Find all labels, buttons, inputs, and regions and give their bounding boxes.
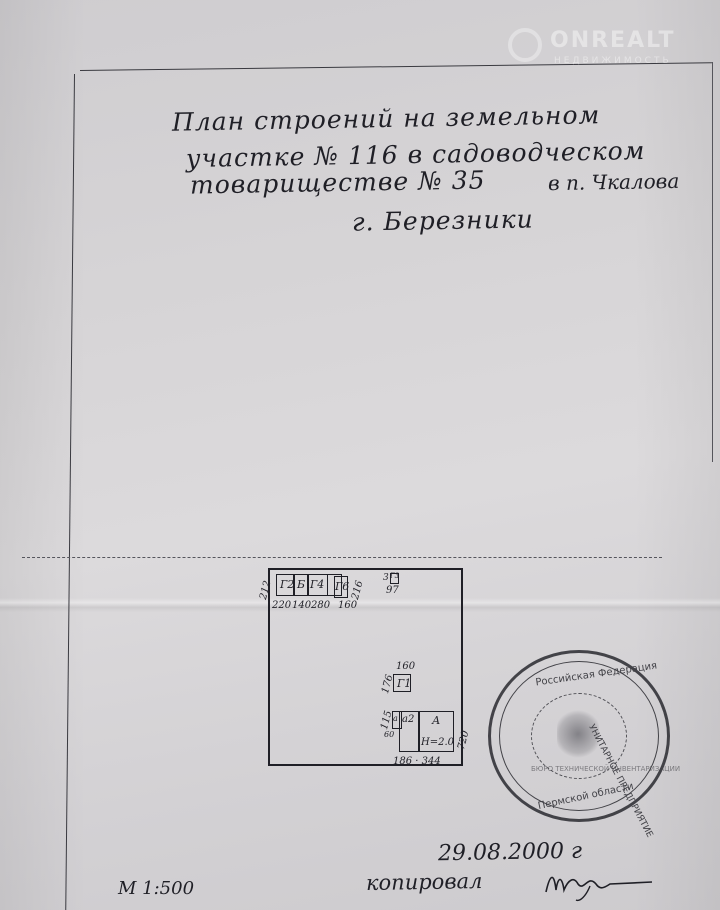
house-side-bottom-label: 60 — [384, 730, 394, 739]
signature-scribble — [540, 862, 660, 902]
cell-label-g2: Г2 — [280, 578, 294, 591]
cell-label-g1: Г1 — [397, 677, 411, 690]
boundary-dashed-line — [22, 557, 662, 558]
official-stamp: Российская Федерация УНИТАРНОЕ ПРЕДПРИЯТ… — [488, 650, 670, 822]
width-label-3: 280 — [311, 600, 330, 611]
title-line-4: г. Березники — [352, 204, 534, 236]
width-label-4: 160 — [338, 600, 357, 611]
g3-width-label: 97 — [386, 585, 399, 596]
g1-width-label: 160 — [396, 661, 415, 672]
width-label-1: 220 — [272, 600, 291, 611]
g3-height-label: 3 — [383, 573, 389, 583]
house-logo-icon — [508, 28, 542, 62]
cell-label-g3: Г3 — [390, 572, 399, 580]
house-bottom-dims: 186 · 344 — [393, 756, 441, 767]
stamp-text-inner: БЮРО ТЕХНИЧЕСКОЙ ИНВЕНТАРИЗАЦИИ — [531, 765, 680, 773]
cell-label-g6: Г6 — [335, 580, 349, 593]
title-suffix: в п. Чкалова — [548, 169, 680, 195]
house-label-a: А — [432, 714, 440, 727]
scale-label: М 1:500 — [118, 878, 194, 899]
title-line-3: товариществе № 35 — [190, 165, 486, 199]
watermark-subtitle: НЕДВИЖИМОСТЬ — [554, 56, 672, 66]
frame-border-right — [712, 62, 713, 462]
width-label-2: 140 — [292, 600, 311, 611]
house-height-note: Н=2.0 — [421, 737, 454, 748]
cell-label-b: Б — [297, 578, 305, 591]
watermark-brand: ONREALT — [550, 28, 676, 53]
watermark: ONREALT НЕДВИЖИМОСТЬ — [498, 26, 708, 72]
copied-by-label: копировал — [366, 869, 483, 895]
annex-label-a2: а2 — [402, 714, 414, 725]
cell-label-g4: Г4 — [310, 578, 324, 591]
